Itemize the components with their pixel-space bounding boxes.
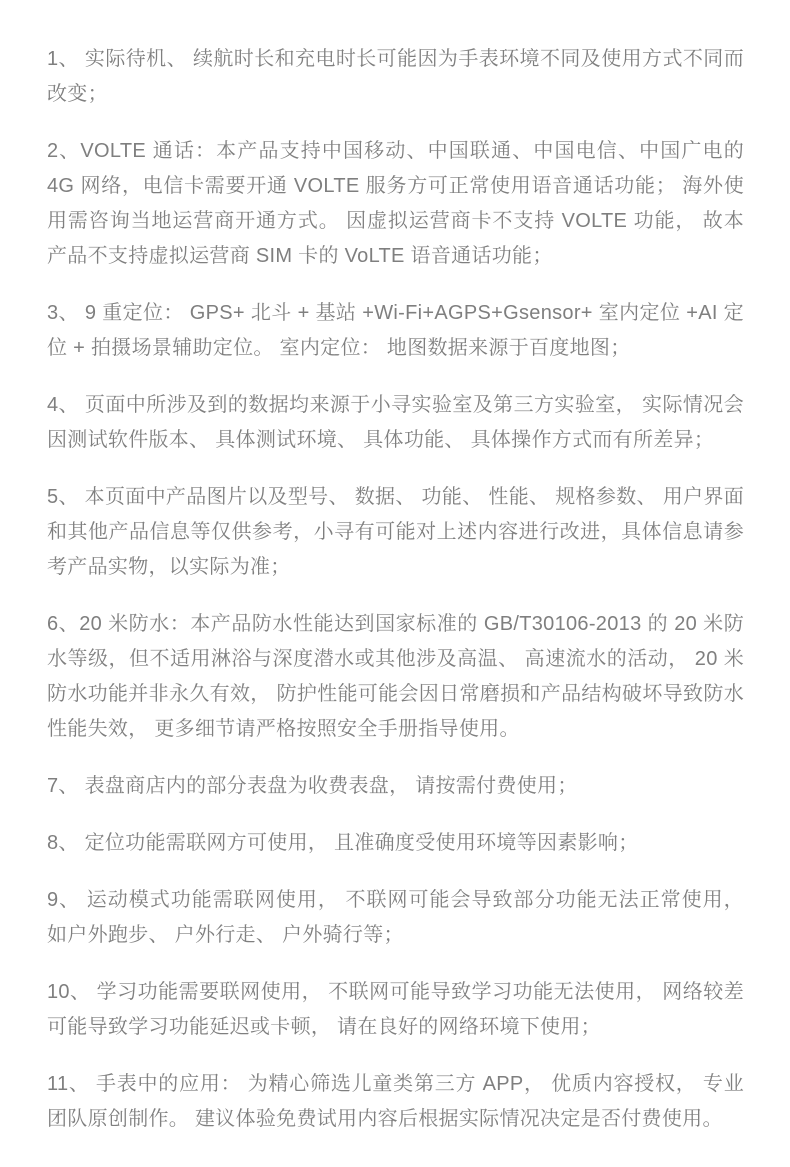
disclaimer-list: 1、 实际待机、 续航时长和充电时长可能因为手表环境不同及使用方式不同而改变； … <box>47 42 744 1137</box>
disclaimer-item-8: 8、 定位功能需联网方可使用， 且准确度受使用环境等因素影响； <box>47 826 744 861</box>
disclaimer-item-6: 6、20 米防水：本产品防水性能达到国家标准的 GB/T30106-2013 的… <box>47 607 744 747</box>
disclaimer-item-3: 3、 9 重定位： GPS+ 北斗 + 基站 +Wi-Fi+AGPS+Gsens… <box>47 296 744 366</box>
disclaimer-item-7: 7、 表盘商店内的部分表盘为收费表盘， 请按需付费使用； <box>47 769 744 804</box>
product-disclaimer-page: 1、 实际待机、 续航时长和充电时长可能因为手表环境不同及使用方式不同而改变； … <box>0 0 790 1167</box>
disclaimer-item-4: 4、 页面中所涉及到的数据均来源于小寻实验室及第三方实验室， 实际情况会因测试软… <box>47 388 744 458</box>
disclaimer-item-9: 9、 运动模式功能需联网使用， 不联网可能会导致部分功能无法正常使用， 如户外跑… <box>47 883 744 953</box>
disclaimer-item-2: 2、VOLTE 通话：本产品支持中国移动、中国联通、中国电信、中国广电的 4G … <box>47 134 744 274</box>
disclaimer-item-11: 11、 手表中的应用： 为精心筛选儿童类第三方 APP， 优质内容授权， 专业团… <box>47 1067 744 1137</box>
disclaimer-item-1: 1、 实际待机、 续航时长和充电时长可能因为手表环境不同及使用方式不同而改变； <box>47 42 744 112</box>
disclaimer-item-10: 10、 学习功能需要联网使用， 不联网可能导致学习功能无法使用， 网络较差可能导… <box>47 975 744 1045</box>
disclaimer-item-5: 5、 本页面中产品图片以及型号、 数据、 功能、 性能、 规格参数、 用户界面和… <box>47 480 744 585</box>
